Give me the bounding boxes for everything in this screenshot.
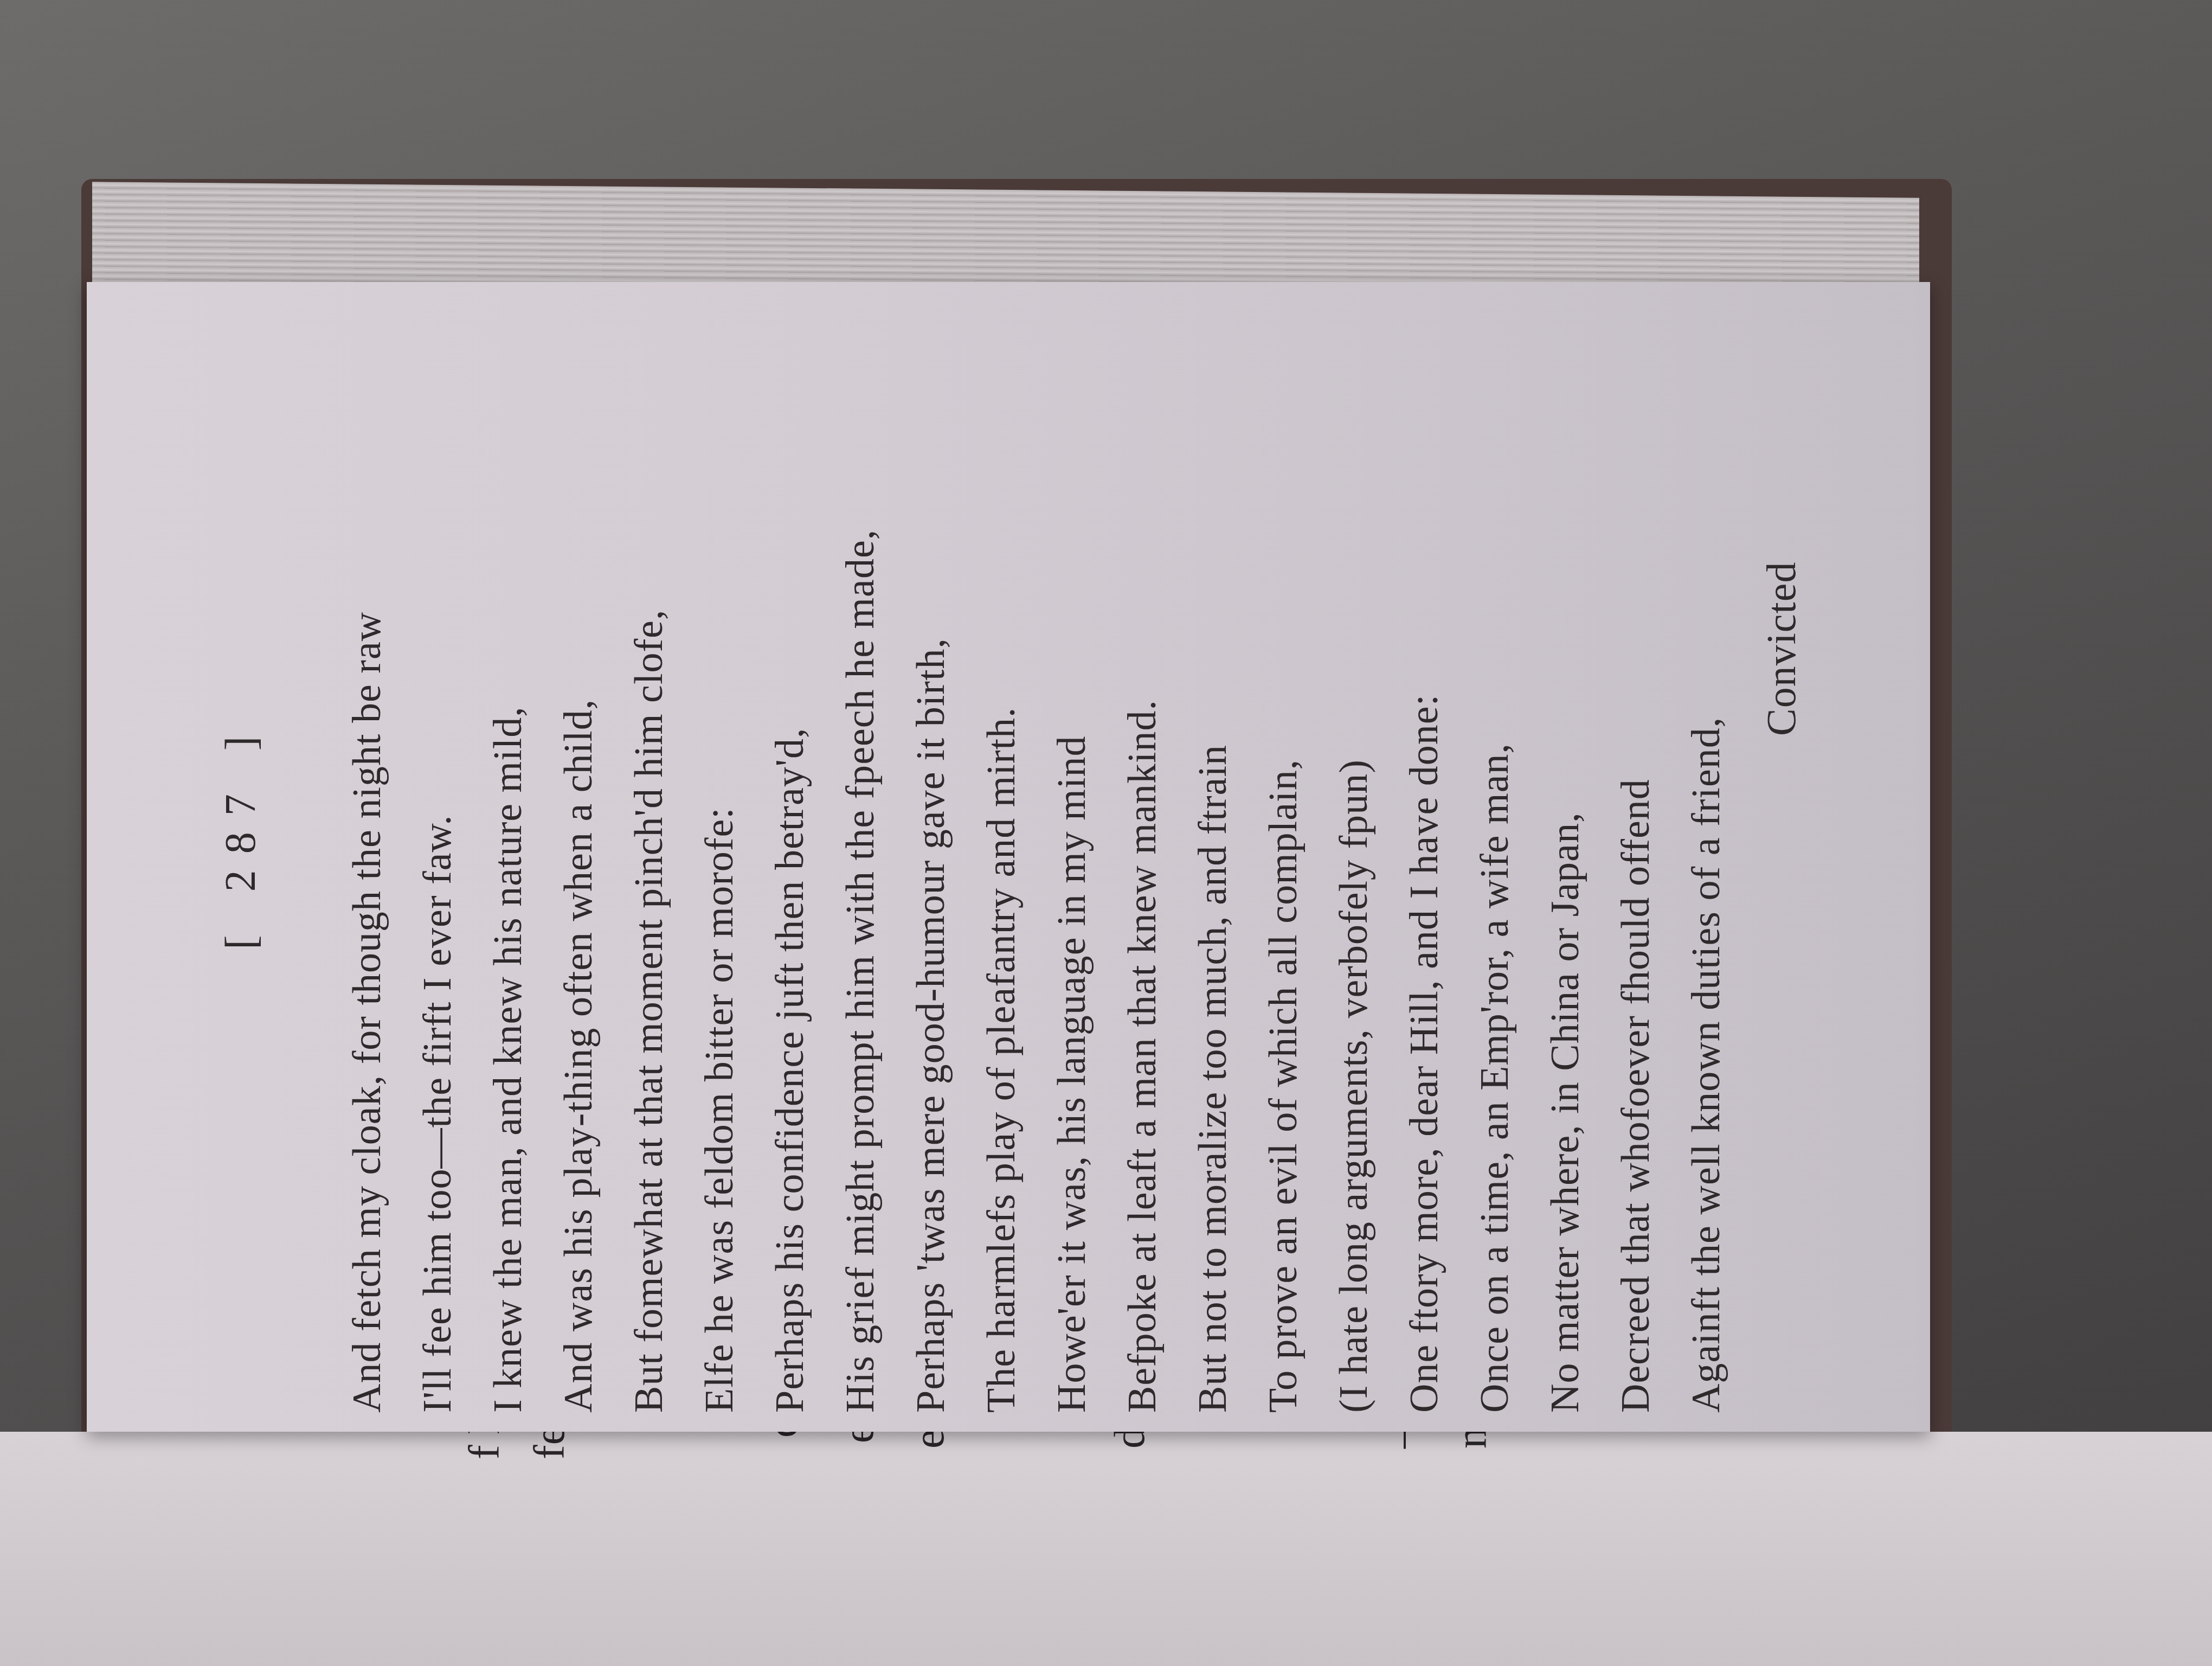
text-line: And was his play-thing often when a chil…	[556, 699, 602, 1413]
text-line: The harmlefs play of pleafantry and mirt…	[979, 707, 1025, 1413]
text-line: Perhaps his confidence juft then betray'…	[767, 727, 813, 1413]
text-line: Elfe he was feldom bitter or morofe:	[697, 807, 743, 1413]
text-line: Howe'er it was, his language in my mind	[1049, 736, 1095, 1413]
text-line: To prove an evil of which all complain,	[1261, 759, 1307, 1413]
text-line: Againft the well known duties of a frien…	[1683, 717, 1729, 1413]
text-line: (I hate long arguments, verbofely fpun)	[1331, 759, 1377, 1413]
page-number-header: [ 287 ]	[216, 720, 266, 950]
text-line: And fetch my cloak, for though the night…	[344, 612, 390, 1413]
catchword: Convicted	[1758, 562, 1805, 736]
text-line: But not to moralize too much, and ftrain	[1190, 745, 1236, 1413]
text-line: His grief might prompt him with the fpee…	[838, 529, 884, 1413]
text-line: Befpoke at leaft a man that knew mankind…	[1120, 700, 1166, 1413]
page-287: [ 287 ] And fetch my cloak, for though t…	[87, 282, 1930, 1432]
facing-fragment: e	[905, 1429, 954, 1449]
text-line: Decreed that whofoever fhould offend	[1613, 779, 1659, 1413]
text-line: I'll fee him too—the firft I ever faw.	[415, 815, 461, 1413]
text-line: No matter where, in China or Japan,	[1542, 812, 1589, 1413]
text-line: But fomewhat at that moment pinch'd him …	[626, 610, 672, 1413]
text-line: One ftory more, dear Hill, and I have do…	[1401, 694, 1448, 1413]
facing-page: f life, fe, none? couch? er fuch; e d. u…	[0, 1432, 2212, 1666]
text-line: I knew the man, and knew his nature mild…	[485, 706, 531, 1413]
text-line: Perhaps 'twas mere good-humour gave it b…	[908, 638, 954, 1413]
text-line: Once on a time, an Emp'ror, a wife man,	[1472, 743, 1518, 1413]
